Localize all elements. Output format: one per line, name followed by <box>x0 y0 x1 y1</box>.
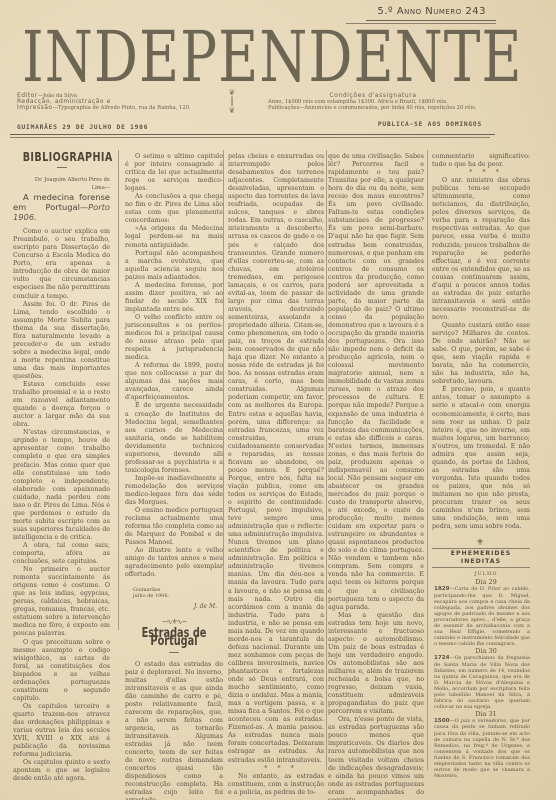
ephemeris-year: 1724 <box>434 655 450 661</box>
fleur-ornament-icon: ⚜ <box>476 538 484 548</box>
article-paragraph: Ora, n'esse ponto de vista, as estradas … <box>328 716 424 800</box>
author-initials: J. de M. <box>125 603 223 611</box>
review-paragraph: N'estas circumstancias, e urgindo o temp… <box>13 429 110 542</box>
header-rule <box>10 134 495 135</box>
column-4: que de uma civilisação. Sabes lêr? Perco… <box>328 143 424 800</box>
article-paragraph: que de uma civilisação. Sabes lêr? Perco… <box>328 153 424 612</box>
review-paragraph: Os capitulos quinto e sexto apontam o qu… <box>13 759 110 783</box>
ephemeris-entry: 1500—O juiz e vereadores, que por causa … <box>432 718 530 779</box>
article-paragraph: commentario significativo: tudo o que ha… <box>432 153 530 169</box>
article-paragraph: É preciso, pois, e quanto antes, tomar o… <box>432 386 530 531</box>
column-3: pelas cheias e enxurradas ou interrompid… <box>228 143 324 797</box>
subscription-line: Publicações—Annuncios e communicados, po… <box>268 105 478 111</box>
signoff: Guimarães julho de 1906. <box>125 587 223 599</box>
article-paragraph: O snr. ministro das obras publicas tem-s… <box>432 177 530 322</box>
ephemeris-text: —O juiz e vereadores, que por causa da p… <box>434 718 530 779</box>
review-paragraph: Os capitulos terceiro e quarto trazem-no… <box>13 703 110 759</box>
publication-days: PUBLICA-SE AOS DOMINGOS <box>378 121 482 128</box>
flourish-ornament-icon: ~∿⚜∿~ <box>125 618 223 626</box>
review-paragraph: O ensino medico portuguez reclama actual… <box>125 507 223 547</box>
signoff-date: julho de 1906. <box>133 593 223 599</box>
book-title: A medecina forense em Portugal—Porto 190… <box>13 192 110 222</box>
review-paragraph: «As origens da Medecina legal perdem-se … <box>125 225 223 249</box>
ephemeris-year: 1500 <box>434 718 450 724</box>
section-rule <box>169 652 179 653</box>
ephemerides-month: JULHO <box>432 570 530 578</box>
review-paragraph: O setimo e ultimo capitulo é por inteiro… <box>125 153 223 193</box>
review-paragraph: Portugal não acompanhou a marcha evoluti… <box>125 250 223 282</box>
ephemeris-text: —Os parochianos da freguesia de Santa Ma… <box>434 655 530 710</box>
article-paragraph: No entanto, as estradas constituem, com … <box>228 773 324 797</box>
column-divider <box>427 150 428 770</box>
header-rule-double <box>10 137 490 138</box>
review-paragraph: A reforma de 1899, posto que nos colloca… <box>125 362 223 402</box>
review-paragraph: Como o auctor explica em Preambulo, o se… <box>13 228 110 300</box>
ephemerides-heading: ⚜EPHEMERIDES INEDITAS <box>432 539 530 568</box>
asterism: * * * <box>228 765 324 773</box>
column-divider <box>326 150 327 770</box>
review-paragraph: Assim foi. O dr. Pires de Lima, tendo es… <box>13 301 110 381</box>
ephemeris-text: —Carta de D. Prior ao cabido, participan… <box>434 586 530 647</box>
dateline: GUIMARÃES 29 DE JULHO DE 1906 <box>17 124 148 131</box>
ephemeris-day: Dia 31 <box>432 710 530 718</box>
ephemeris-entry: 1829—Carta de D. Prior ao cabido, partic… <box>432 586 530 647</box>
column-2: O setimo e ultimo capitulo é por inteiro… <box>125 143 223 800</box>
newspaper-page: 5.º Anno Numero 243 INDEPENDENTE Editor—… <box>0 0 556 800</box>
review-paragraph: As conclusões a que chega no fim o dr. P… <box>125 193 223 225</box>
review-paragraph: É de urgente necessidade a creação de In… <box>125 402 223 474</box>
review-paragraph: Impõe-se inadiavelmente a remodelação do… <box>125 475 223 507</box>
asterism: * * * <box>432 169 530 177</box>
book-author: Dr. Joaquim Alberto Pires de Lima— <box>13 176 110 192</box>
column-divider <box>118 150 119 630</box>
review-paragraph: A obra, tal como saiu, comporta, afóra a… <box>13 542 110 566</box>
estradas-heading: Estradas de Portugal <box>130 630 219 646</box>
ephemeris-day: Dia 30 <box>432 647 530 655</box>
article-paragraph: Mas a questão das estradas tem hoje um n… <box>328 612 424 717</box>
review-paragraph: O que preceituam sobre o mesmo assumpto … <box>13 639 110 703</box>
article-paragraph: pelas cheias e enxurradas ou interrompid… <box>228 153 324 765</box>
section-rule <box>57 167 67 168</box>
ephemeris-year: 1829 <box>434 586 450 592</box>
review-paragraph: Ao illustre lente e velho amigo de tanto… <box>125 547 223 579</box>
header-subscription-info: Condições d'assignatura Anno, 1$000 réis… <box>268 93 478 112</box>
ephemeris-day: Dia 29 <box>432 578 530 586</box>
article-paragraph: Quanto custará então esse serviço? Milha… <box>432 322 530 386</box>
column-5: commentario significativo: tudo o que ha… <box>432 143 530 779</box>
ephemerides-title: EPHEMERIDES INEDITAS <box>432 548 530 568</box>
column-divider <box>223 150 224 620</box>
review-paragraph: Estava concluido esse trabalho proemial … <box>13 381 110 429</box>
impressao-label: Impressão <box>17 104 53 111</box>
header-editorial-info: Editor—João da Silva Redacção, administr… <box>17 93 217 112</box>
review-paragraph: O velho conflicto entre os jurisconsulto… <box>125 314 223 362</box>
column-1: BIBLIOGRAPHIA Dr. Joaquim Alberto Pires … <box>13 143 110 783</box>
impressao-text: —Typographia de Alfredo Pinto, rua da Ra… <box>53 105 191 111</box>
ephemeris-entry: 1724—Os parochianos da freguesia de Sant… <box>432 655 530 710</box>
article-paragraph: O estado das estradas do paiz é deplorav… <box>125 661 223 800</box>
header-ornament-icon: ❦┃❦ <box>228 88 236 124</box>
review-paragraph: A medecina forense, por assim dizer posi… <box>125 282 223 314</box>
masthead-title: INDEPENDENTE <box>22 22 522 92</box>
bibliographia-heading: BIBLIOGRAPHIA <box>23 153 101 161</box>
review-paragraph: No primeiro o auctor remonta succintamen… <box>13 566 110 638</box>
